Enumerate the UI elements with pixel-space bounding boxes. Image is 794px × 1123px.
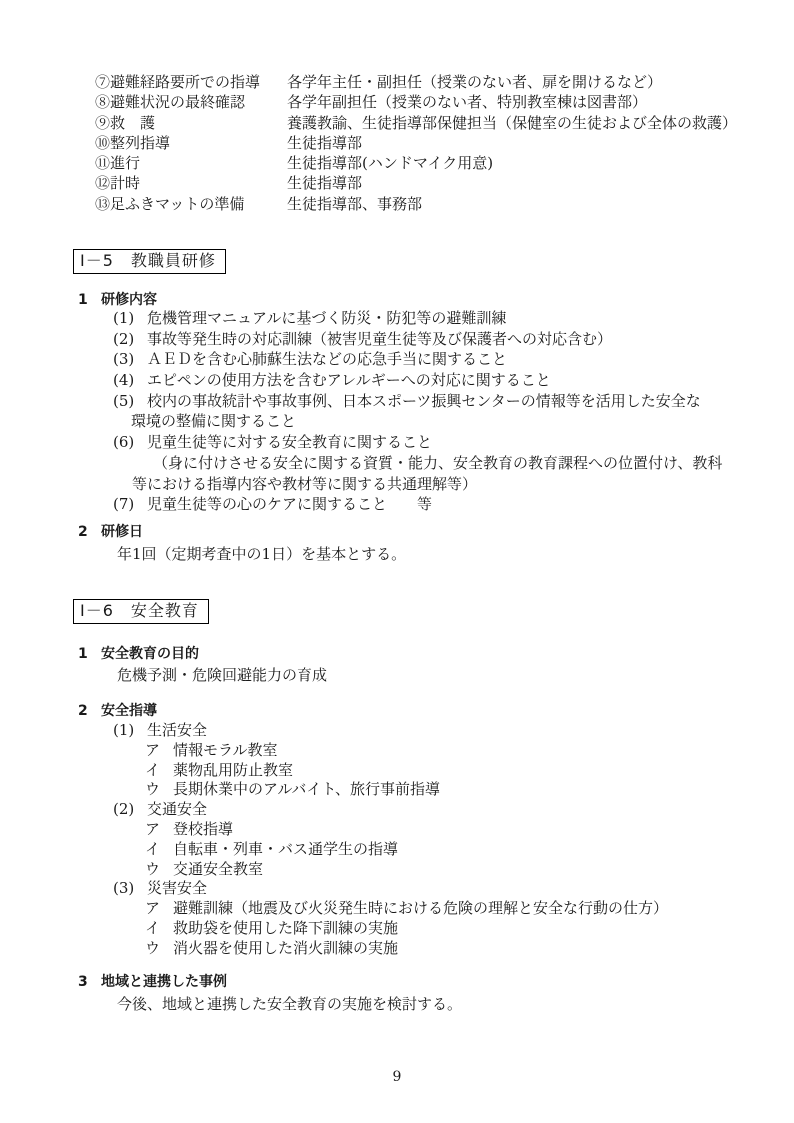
document-page: ⑦避難経路要所での指導 各学年主任・副担任（授業のない者、扉を開けるなど） ⑧避…: [0, 0, 794, 1123]
duty-value: 生徒指導部、事務部: [287, 194, 422, 214]
list-subitem: ウ 長期休業中のアルバイト、旅行事前指導: [145, 780, 668, 800]
item-marker: (5): [113, 391, 147, 412]
item-marker: イ: [145, 840, 173, 860]
item-text: 長期休業中のアルバイト、旅行事前指導: [173, 780, 440, 800]
list-item: (1) 生活安全: [113, 721, 668, 741]
item-marker: イ: [145, 919, 173, 939]
duty-row: ⑦避難経路要所での指導 各学年主任・副担任（授業のない者、扉を開けるなど）: [95, 72, 737, 92]
list-item: (3) 災害安全: [113, 879, 668, 899]
item-text: 生活安全: [147, 721, 207, 741]
item-marker: (1): [113, 308, 147, 329]
duty-value: 各学年主任・副担任（授業のない者、扉を開けるなど）: [287, 72, 662, 92]
item-marker: (7): [113, 494, 147, 515]
item-text: 薬物乱用防止教室: [173, 761, 293, 781]
list-item-continuation: （身に付けさせる安全に関する資質・能力、安全教育の教育課程への位置付け、教科: [153, 453, 722, 474]
duty-row: ⑧避難状況の最終確認 各学年副担任（授業のない者、特別教室棟は図書部）: [95, 92, 737, 112]
subheading-kenshu-naiyo: 1 研修内容: [78, 293, 157, 308]
duty-label: ⑩整列指導: [95, 133, 287, 153]
duty-label: ⑨救 護: [95, 113, 287, 133]
item-marker: (3): [113, 349, 147, 370]
duty-label: ⑫計時: [95, 173, 287, 193]
duty-row: ⑩整列指導 生徒指導部: [95, 133, 737, 153]
item-marker: (3): [113, 879, 147, 899]
item-text: 事故等発生時の対応訓練（被害児童生徒等及び保護者への対応含む）: [147, 329, 612, 350]
subheading-chiiki-renkei: 3 地域と連携した事例: [78, 975, 227, 990]
duty-row: ⑫計時 生徒指導部: [95, 173, 737, 193]
item-marker: (6): [113, 432, 147, 453]
list-subitem: イ 自転車・列車・バス通学生の指導: [145, 840, 668, 860]
duty-row: ⑬足ふきマットの準備 生徒指導部、事務部: [95, 194, 737, 214]
item-text: 児童生徒等に対する安全教育に関すること: [147, 432, 432, 453]
subheading-number: 1: [78, 647, 101, 662]
item-text: 救助袋を使用した降下訓練の実施: [173, 919, 398, 939]
page-number: 9: [0, 1069, 794, 1085]
section-header-I-6: Ⅰ－6 安全教育: [73, 599, 209, 624]
subheading-anzen-shido: 2 安全指導: [78, 704, 157, 719]
list-item: (2) 事故等発生時の対応訓練（被害児童生徒等及び保護者への対応含む）: [113, 329, 722, 350]
subheading-anzen-mokuteki: 1 安全教育の目的: [78, 647, 199, 662]
item-text: 情報モラル教室: [173, 741, 278, 761]
item-text: 危機管理マニュアルに基づく防災・防犯等の避難訓練: [147, 308, 506, 329]
item-text: 登校指導: [173, 820, 233, 840]
item-marker: ア: [145, 820, 173, 840]
subheading-number: 1: [78, 293, 101, 308]
item-text: 児童生徒等の心のケアに関すること 等: [147, 494, 432, 515]
list-subitem: ア 情報モラル教室: [145, 741, 668, 761]
list-item-continuation: 環境の整備に関すること: [131, 411, 722, 432]
list-item: (7) 児童生徒等の心のケアに関すること 等: [113, 494, 722, 515]
duty-label: ⑦避難経路要所での指導: [95, 72, 287, 92]
item-marker: ウ: [145, 939, 173, 959]
item-text: 自転車・列車・バス通学生の指導: [173, 840, 398, 860]
duty-assignment-list: ⑦避難経路要所での指導 各学年主任・副担任（授業のない者、扉を開けるなど） ⑧避…: [95, 72, 737, 214]
duty-value: 生徒指導部(ハンドマイク用意): [287, 153, 493, 173]
item-marker: ア: [145, 741, 173, 761]
training-content-list: (1) 危機管理マニュアルに基づく防災・防犯等の避難訓練 (2) 事故等発生時の…: [113, 308, 722, 515]
community-cooperation-text: 今後、地域と連携した安全教育の実施を検討する。: [117, 995, 462, 1013]
subheading-number: 3: [78, 975, 101, 990]
item-text: 消火器を使用した消火訓練の実施: [173, 939, 398, 959]
duty-row: ⑪進行 生徒指導部(ハンドマイク用意): [95, 153, 737, 173]
list-item: (5) 校内の事故統計や事故事例、日本スポーツ振興センターの情報等を活用した安全…: [113, 391, 722, 412]
list-item: (4) エピペンの使用方法を含むアレルギーへの対応に関すること: [113, 370, 722, 391]
subheading-title: 安全指導: [101, 704, 157, 719]
section-header-I-5: Ⅰ－5 教職員研修: [73, 249, 226, 274]
item-marker: (1): [113, 721, 147, 741]
item-marker: ウ: [145, 860, 173, 880]
list-item-continuation: 等における指導内容や教材等に関する共通理解等）: [132, 474, 722, 495]
list-item: (1) 危機管理マニュアルに基づく防災・防犯等の避難訓練: [113, 308, 722, 329]
safety-purpose-text: 危機予測・危険回避能力の育成: [117, 666, 327, 684]
duty-row: ⑨救 護 養護教諭、生徒指導部保健担当（保健室の生徒および全体の救護）: [95, 113, 737, 133]
item-marker: ウ: [145, 780, 173, 800]
list-item: (3) ＡＥＤを含む心肺蘇生法などの応急手当に関すること: [113, 349, 722, 370]
subheading-kenshu-bi: 2 研修日: [78, 525, 143, 540]
duty-value: 生徒指導部: [287, 133, 362, 153]
list-subitem: ア 登校指導: [145, 820, 668, 840]
duty-label: ⑪進行: [95, 153, 287, 173]
item-marker: (2): [113, 329, 147, 350]
safety-guidance-list: (1) 生活安全 ア 情報モラル教室 イ 薬物乱用防止教室 ウ 長期休業中のアル…: [113, 721, 668, 959]
duty-label: ⑬足ふきマットの準備: [95, 194, 287, 214]
item-text: 交通安全教室: [173, 860, 263, 880]
item-text: エピペンの使用方法を含むアレルギーへの対応に関すること: [147, 370, 551, 391]
item-marker: (2): [113, 800, 147, 820]
item-text: 避難訓練（地震及び火災発生時における危険の理解と安全な行動の仕方）: [173, 899, 668, 919]
training-day-text: 年1回（定期考査中の1日）を基本とする。: [117, 545, 406, 563]
duty-value: 各学年副担任（授業のない者、特別教室棟は図書部）: [287, 92, 647, 112]
list-subitem: ア 避難訓練（地震及び火災発生時における危険の理解と安全な行動の仕方）: [145, 899, 668, 919]
item-marker: イ: [145, 761, 173, 781]
subheading-title: 地域と連携した事例: [101, 975, 227, 990]
list-item: (2) 交通安全: [113, 800, 668, 820]
list-subitem: ウ 交通安全教室: [145, 860, 668, 880]
duty-value: 養護教諭、生徒指導部保健担当（保健室の生徒および全体の救護）: [287, 113, 737, 133]
item-marker: (4): [113, 370, 147, 391]
duty-label: ⑧避難状況の最終確認: [95, 92, 287, 112]
subheading-title: 研修内容: [101, 293, 157, 308]
item-marker: ア: [145, 899, 173, 919]
item-text: ＡＥＤを含む心肺蘇生法などの応急手当に関すること: [147, 349, 507, 370]
list-subitem: イ 薬物乱用防止教室: [145, 761, 668, 781]
list-item: (6) 児童生徒等に対する安全教育に関すること: [113, 432, 722, 453]
list-subitem: ウ 消火器を使用した消火訓練の実施: [145, 939, 668, 959]
subheading-title: 研修日: [101, 525, 143, 540]
subheading-number: 2: [78, 704, 101, 719]
item-text: 交通安全: [147, 800, 207, 820]
item-text: 校内の事故統計や事故事例、日本スポーツ振興センターの情報等を活用した安全な: [147, 391, 701, 412]
item-text: 災害安全: [147, 879, 207, 899]
list-subitem: イ 救助袋を使用した降下訓練の実施: [145, 919, 668, 939]
subheading-number: 2: [78, 525, 101, 540]
subheading-title: 安全教育の目的: [101, 647, 199, 662]
duty-value: 生徒指導部: [287, 173, 362, 193]
